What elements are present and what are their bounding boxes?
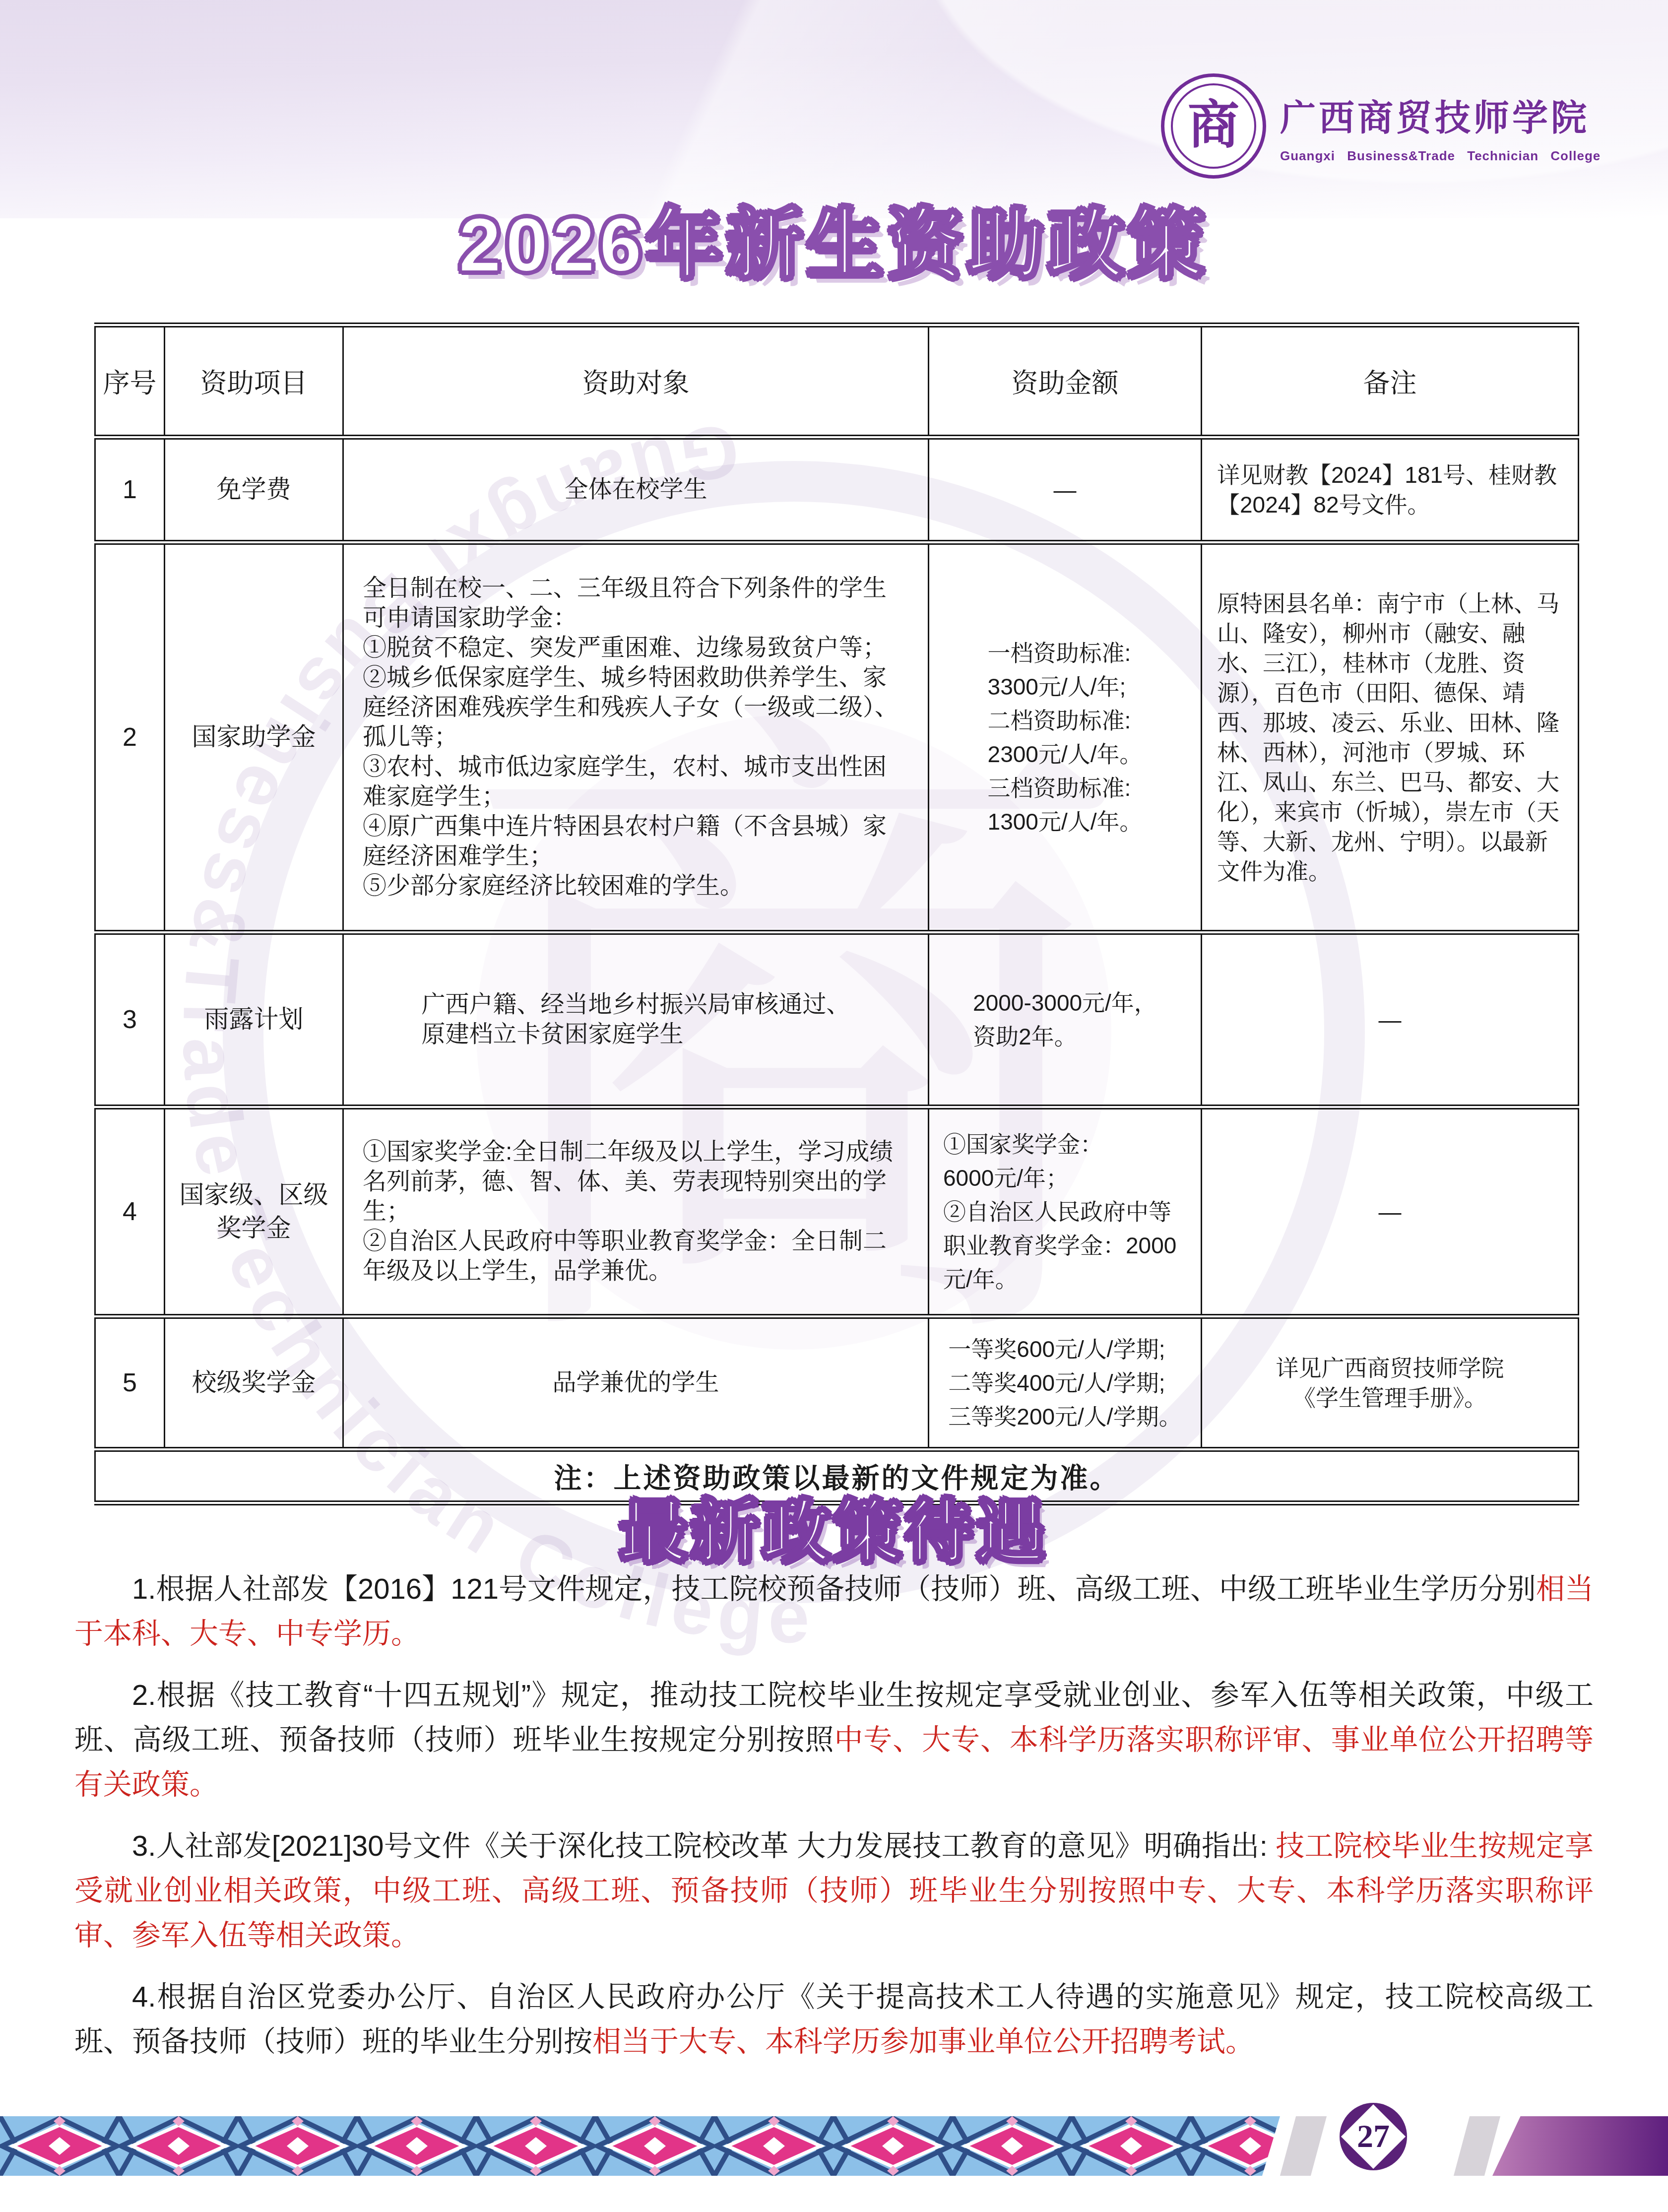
cell-amount: 一档资助标准: 3300元/人/年; 二档资助标准: 2300元/人/年。 三档… (929, 542, 1202, 932)
column-header: 资助金额 (929, 325, 1202, 437)
corner-ribbon (1492, 2116, 1668, 2176)
cell-target: ①国家奖学金:全日制二年级及以上学生，学习成绩名列前茅，德、智、体、美、劳表现特… (343, 1107, 929, 1316)
cell-target: 全体在校学生 (343, 437, 929, 542)
cell-amount: 一等奖600元/人/学期; 二等奖400元/人/学期; 三等奖200元/人/学期… (929, 1316, 1202, 1449)
cell-remark: 原特困县名单：南宁市（上林、马山、隆安），柳州市（融安、融水、三江），桂林市（龙… (1202, 542, 1579, 932)
cell-project: 免学费 (165, 437, 343, 542)
page-number-badge: 27 (1340, 2103, 1407, 2170)
policy-paragraph: 1.根据人社部发【2016】121号文件规定，技工院校预备技师（技师）班、高级工… (74, 1567, 1594, 1656)
table-row: 5校级奖学金品学兼优的学生一等奖600元/人/学期; 二等奖400元/人/学期;… (95, 1316, 1579, 1449)
page-title: 2026年新生资助政策 (0, 185, 1668, 293)
page-number: 27 (1357, 2118, 1390, 2155)
brand: 商 广西商贸技师学院 Guangxi Business&Trade Techni… (1161, 73, 1601, 179)
cell-amount: 2000-3000元/年， 资助2年。 (929, 932, 1202, 1107)
cell-target: 全日制在校一、二、三年级且符合下列条件的学生可申请国家助学金： ①脱贫不稳定、突… (343, 542, 929, 932)
cell-project: 雨露计划 (165, 932, 343, 1107)
cell-target: 广西户籍、经当地乡村振兴局审核通过、 原建档立卡贫困家庭学生 (343, 932, 929, 1107)
seal-glyph: 商 (1188, 100, 1239, 152)
aid-table: 序号资助项目资助对象资助金额备注 1免学费全体在校学生—详见财教【2024】18… (94, 323, 1579, 1505)
college-name-cn: 广西商贸技师学院 (1280, 89, 1601, 140)
highlighted-text: 相当于大专、本科学历参加事业单位公开招聘考试。 (592, 2025, 1254, 2058)
college-name-en: Guangxi Business&Trade Technician Colleg… (1280, 148, 1601, 164)
cell-remark: 详见财教【2024】181号、桂财教【2024】82号文件。 (1202, 437, 1579, 542)
cell-remark: — (1202, 932, 1579, 1107)
cell-project: 校级奖学金 (165, 1316, 343, 1449)
column-header: 备注 (1202, 325, 1579, 437)
cell-no: 2 (95, 542, 165, 932)
aid-table-head: 序号资助项目资助对象资助金额备注 (95, 325, 1579, 437)
column-header: 序号 (95, 325, 165, 437)
aid-table-body: 1免学费全体在校学生—详见财教【2024】181号、桂财教【2024】82号文件… (95, 437, 1579, 1503)
cell-target: 品学兼优的学生 (343, 1316, 929, 1449)
cell-project: 国家助学金 (165, 542, 343, 932)
table-row: 2国家助学金全日制在校一、二、三年级且符合下列条件的学生可申请国家助学金： ①脱… (95, 542, 1579, 932)
section-title: 最新政策待遇 (0, 1478, 1668, 1575)
band-edge (1454, 2116, 1500, 2176)
header-row: 序号资助项目资助对象资助金额备注 (95, 325, 1579, 437)
cell-no: 4 (95, 1107, 165, 1316)
policy-paragraphs: 1.根据人社部发【2016】121号文件规定，技工院校预备技师（技师）班、高级工… (74, 1567, 1594, 2081)
table-row: 3雨露计划广西户籍、经当地乡村振兴局审核通过、 原建档立卡贫困家庭学生2000-… (95, 932, 1579, 1107)
table-row: 4国家级、区级奖学金①国家奖学金:全日制二年级及以上学生，学习成绩名列前茅，德、… (95, 1107, 1579, 1316)
cell-remark: — (1202, 1107, 1579, 1316)
cell-no: 3 (95, 932, 165, 1107)
column-header: 资助项目 (165, 325, 343, 437)
college-seal-icon: 商 (1161, 73, 1266, 179)
policy-paragraph: 4.根据自治区党委办公厅、自治区人民政府办公厅《关于提高技术工人待遇的实施意见》… (74, 1975, 1594, 2064)
band-edge (1280, 2116, 1327, 2176)
footer: 27 (0, 2103, 1668, 2182)
cell-amount: — (929, 437, 1202, 542)
cell-no: 1 (95, 437, 165, 542)
cell-no: 5 (95, 1316, 165, 1449)
page: Guangxi Business&Trade Technician Colleg… (0, 0, 1668, 2212)
cell-amount: ①国家奖学金： 6000元/年； ②自治区人民政府中等职业教育奖学金：2000元… (929, 1107, 1202, 1316)
policy-paragraph: 2.根据《技工教育“十四五规划”》规定，推动技工院校毕业生按规定享受就业创业、参… (74, 1673, 1594, 1807)
brocade-pattern-band (0, 2116, 1280, 2176)
body-text: 3.人社部发[2021]30号文件《关于深化技工院校改革 大力发展技工教育的意见… (132, 1830, 1276, 1862)
cell-project: 国家级、区级奖学金 (165, 1107, 343, 1316)
body-text: 1.根据人社部发【2016】121号文件规定，技工院校预备技师（技师）班、高级工… (132, 1573, 1536, 1605)
cell-remark: 详见广西商贸技师学院 《学生管理手册》。 (1202, 1316, 1579, 1449)
policy-paragraph: 3.人社部发[2021]30号文件《关于深化技工院校改革 大力发展技工教育的意见… (74, 1824, 1594, 1958)
column-header: 资助对象 (343, 325, 929, 437)
table-row: 1免学费全体在校学生—详见财教【2024】181号、桂财教【2024】82号文件… (95, 437, 1579, 542)
